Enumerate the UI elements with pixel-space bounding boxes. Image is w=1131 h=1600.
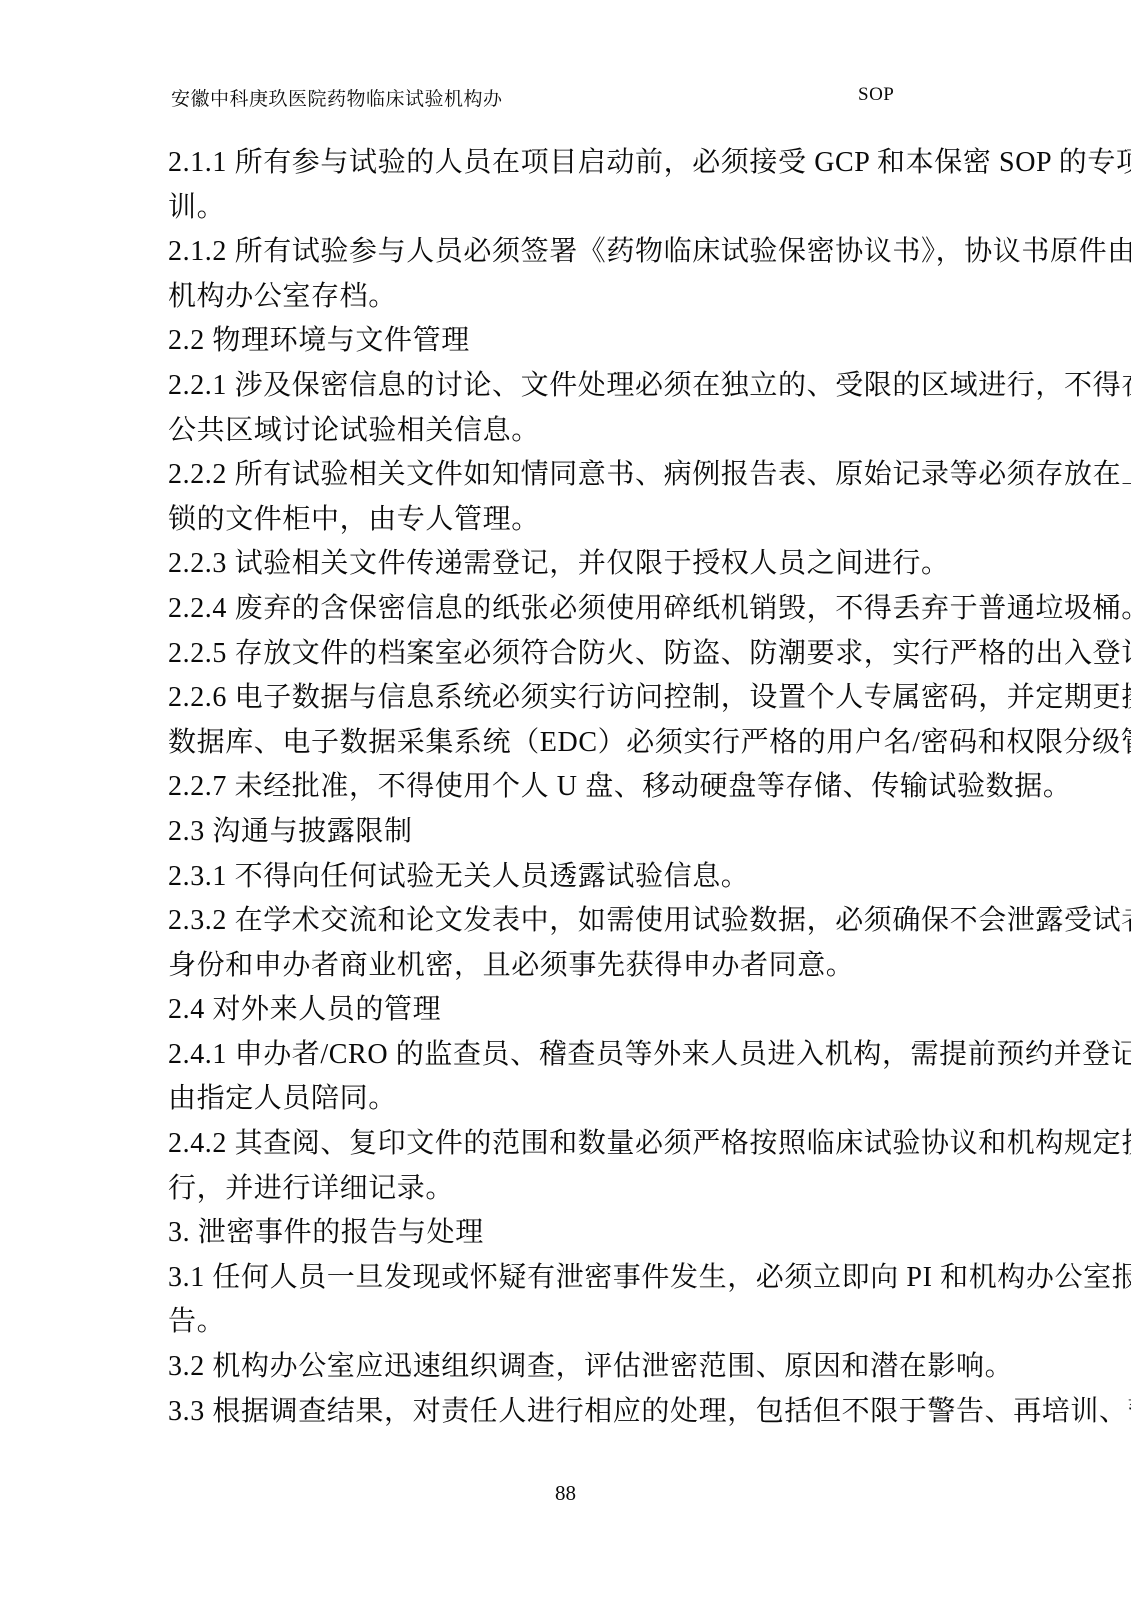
text-line: 3.1 任何人员一旦发现或怀疑有泄密事件发生，必须立即向 PI 和机构办公室报 <box>168 1256 988 1301</box>
text-line: 训。 <box>168 186 988 231</box>
text-line: 2.4 对外来人员的管理 <box>168 988 988 1033</box>
text-line: 2.3.1 不得向任何试验无关人员透露试验信息。 <box>168 855 988 900</box>
text-line: 2.3 沟通与披露限制 <box>168 810 988 855</box>
text-line: 数据库、电子数据采集系统（EDC）必须实行严格的用户名/密码和权限分级管理。 <box>168 721 988 766</box>
header-doc-type: SOP <box>858 84 894 106</box>
text-line: 身份和申办者商业机密，且必须事先获得申办者同意。 <box>168 944 988 989</box>
text-line: 2.4.1 申办者/CRO 的监查员、稽查员等外来人员进入机构，需提前预约并登记… <box>168 1033 988 1078</box>
text-line: 2.1.2 所有试验参与人员必须签署《药物临床试验保密协议书》，协议书原件由 <box>168 230 988 275</box>
text-line: 由指定人员陪同。 <box>168 1077 988 1122</box>
text-line: 2.2.4 废弃的含保密信息的纸张必须使用碎纸机销毁，不得丢弃于普通垃圾桶。 <box>168 587 988 632</box>
text-line: 2.2 物理环境与文件管理 <box>168 319 988 364</box>
text-line: 2.1.1 所有参与试验的人员在项目启动前，必须接受 GCP 和本保密 SOP … <box>168 141 988 186</box>
text-line: 2.2.5 存放文件的档案室必须符合防火、防盗、防潮要求，实行严格的出入登记。 <box>168 632 988 677</box>
header-institution: 安徽中科庚玖医院药物临床试验机构办 <box>171 84 503 111</box>
text-line: 3. 泄密事件的报告与处理 <box>168 1211 988 1256</box>
text-line: 2.2.7 未经批准，不得使用个人 U 盘、移动硬盘等存储、传输试验数据。 <box>168 765 988 810</box>
text-line: 2.3.2 在学术交流和论文发表中，如需使用试验数据，必须确保不会泄露受试者 <box>168 899 988 944</box>
document-body: 2.1.1 所有参与试验的人员在项目启动前，必须接受 GCP 和本保密 SOP … <box>168 141 988 1434</box>
text-line: 3.3 根据调查结果，对责任人进行相应的处理，包括但不限于警告、再培训、暂 <box>168 1390 988 1435</box>
text-line: 锁的文件柜中，由专人管理。 <box>168 498 988 543</box>
text-line: 告。 <box>168 1300 988 1345</box>
text-line: 2.2.2 所有试验相关文件如知情同意书、病例报告表、原始记录等必须存放在上 <box>168 453 988 498</box>
page-footer: 88 <box>0 1481 1131 1506</box>
text-line: 3.2 机构办公室应迅速组织调查，评估泄密范围、原因和潜在影响。 <box>168 1345 988 1390</box>
text-line: 机构办公室存档。 <box>168 275 988 320</box>
text-line: 2.2.3 试验相关文件传递需登记，并仅限于授权人员之间进行。 <box>168 542 988 587</box>
text-line: 2.2.1 涉及保密信息的讨论、文件处理必须在独立的、受限的区域进行，不得在 <box>168 364 988 409</box>
text-line: 2.2.6 电子数据与信息系统必须实行访问控制，设置个人专属密码，并定期更换。 <box>168 676 988 721</box>
text-line: 行，并进行详细记录。 <box>168 1167 988 1212</box>
text-line: 2.4.2 其查阅、复印文件的范围和数量必须严格按照临床试验协议和机构规定执 <box>168 1122 988 1167</box>
text-line: 公共区域讨论试验相关信息。 <box>168 409 988 454</box>
document-page: 安徽中科庚玖医院药物临床试验机构办 SOP 2.1.1 所有参与试验的人员在项目… <box>0 0 1131 1600</box>
page-number: 88 <box>555 1481 576 1505</box>
